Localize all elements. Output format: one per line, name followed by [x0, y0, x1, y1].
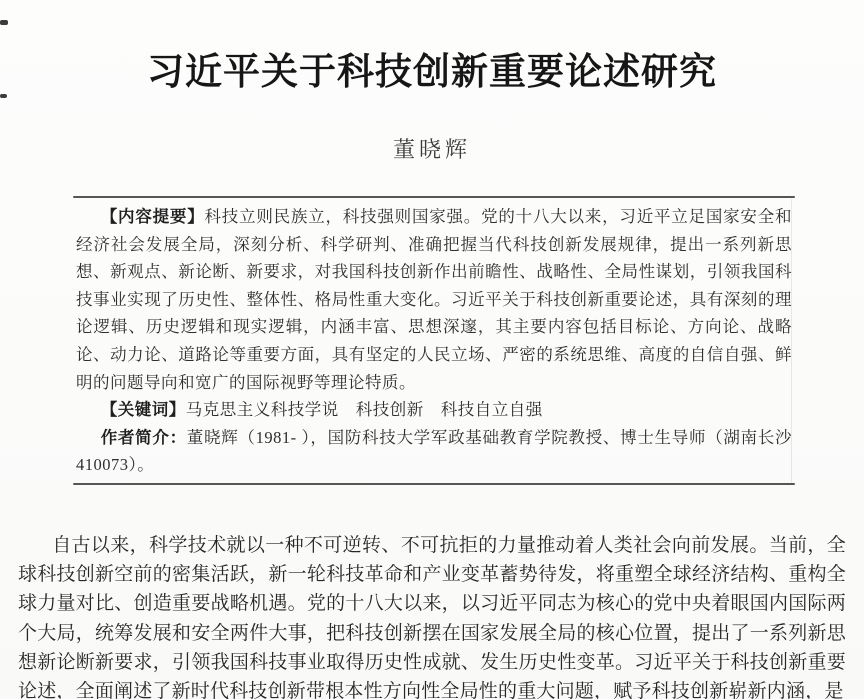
- abstract-label: 【内容提要】: [101, 207, 205, 226]
- divider-top: [73, 196, 795, 198]
- keywords-label: 【关键词】: [101, 400, 186, 419]
- keywords-line: 【关键词】马克思主义科技学说 科技创新 科技自立自强: [76, 396, 792, 424]
- author-name: 董晓辉: [0, 135, 864, 165]
- author-bio-line: 作者简介：董晓辉（1981- ），国防科技大学军政基础教育学院教授、博士生导师（…: [76, 424, 792, 479]
- page-title: 习近平关于科技创新重要论述研究: [0, 49, 864, 95]
- front-matter-block: 【内容提要】科技立则民族立，科技强则国家强。党的十八大以来，习近平立足国家安全和…: [76, 203, 792, 479]
- keywords-text: 马克思主义科技学说 科技创新 科技自立自强: [186, 400, 543, 419]
- divider-bottom: [73, 483, 795, 485]
- scanned-paper-page: 习近平关于科技创新重要论述研究 董晓辉 【内容提要】科技立则民族立，科技强则国家…: [0, 0, 864, 699]
- body-paragraph: 自古以来，科学技术就以一种不可逆转、不可抗拒的力量推动着人类社会向前发展。当前，…: [18, 531, 846, 699]
- author-bio-label: 作者简介：: [101, 428, 187, 447]
- scan-edge-line: [791, 199, 792, 483]
- abstract-paragraph: 【内容提要】科技立则民族立，科技强则国家强。党的十八大以来，习近平立足国家安全和…: [76, 203, 792, 396]
- article-body: 自古以来，科学技术就以一种不可逆转、不可抗拒的力量推动着人类社会向前发展。当前，…: [18, 531, 846, 699]
- abstract-text: 科技立则民族立，科技强则国家强。党的十八大以来，习近平立足国家安全和经济社会发展…: [76, 207, 792, 392]
- scan-artifact: [0, 20, 8, 25]
